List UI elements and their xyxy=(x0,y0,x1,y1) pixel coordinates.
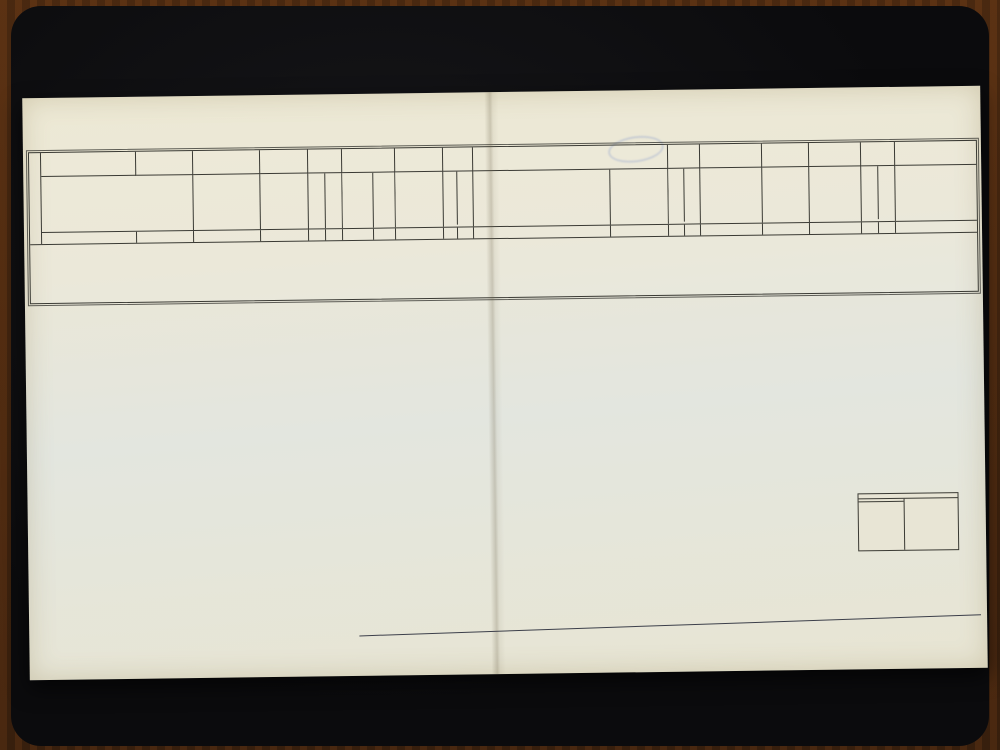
group-paternita xyxy=(193,150,261,242)
col-num-4 xyxy=(261,230,309,242)
col-num-19 xyxy=(862,222,879,233)
col-fabbricati xyxy=(684,168,700,221)
legal-footnote xyxy=(78,119,926,130)
col-title-possidente xyxy=(668,144,700,168)
group-dimora xyxy=(861,142,896,233)
col-anni-compiuti xyxy=(373,172,396,227)
col-num-9 xyxy=(396,228,444,240)
dove-estero-col xyxy=(905,498,959,550)
col-num-8 xyxy=(374,228,396,239)
col-num-3 xyxy=(194,230,261,242)
group-possidente xyxy=(668,144,701,235)
col-num-16 xyxy=(701,224,763,236)
col-num-20 xyxy=(879,222,896,233)
col-num-21 xyxy=(896,221,977,233)
group-stranieri xyxy=(762,143,810,235)
col-num-13 xyxy=(611,225,669,237)
anno-nascita-desc xyxy=(356,197,360,203)
condizione-13-desc xyxy=(637,193,641,200)
col-num-15 xyxy=(685,224,701,235)
relazione-desc xyxy=(260,174,265,229)
photo-background xyxy=(0,0,1000,750)
capo-famiglia-signature xyxy=(359,613,981,636)
col-title-infermita xyxy=(809,142,861,167)
group-eta xyxy=(342,148,396,240)
condizione-12-desc xyxy=(540,195,544,201)
col-num-17 xyxy=(763,223,810,235)
group-chi-non-esercita xyxy=(895,141,977,233)
col-num-18 xyxy=(810,222,862,234)
col-num-5 xyxy=(309,229,326,240)
dove-regno-sub xyxy=(859,502,905,551)
col-title-chi xyxy=(895,141,976,166)
col-occasionale xyxy=(878,166,895,219)
census-sheet xyxy=(22,86,988,680)
col-femmina xyxy=(325,173,343,228)
group-condizione xyxy=(473,145,669,239)
col-title-nome xyxy=(136,151,193,176)
col-condizione-13 xyxy=(610,169,669,225)
col-num-6 xyxy=(326,229,343,240)
col-title-stranieri xyxy=(762,143,809,168)
col-title-sesso xyxy=(308,149,342,173)
group-cognome-nome xyxy=(41,151,194,244)
col-num-11 xyxy=(458,227,474,238)
col-title-luogo xyxy=(700,144,762,169)
col-num-7 xyxy=(343,229,374,240)
col-title-eta xyxy=(342,148,395,173)
group-infermita xyxy=(809,142,862,234)
stranieri-desc xyxy=(762,168,767,223)
col-title-condizione xyxy=(473,145,668,172)
col-terreni xyxy=(668,169,684,222)
group-stato-civile xyxy=(395,148,444,240)
luogo-desc xyxy=(700,168,705,223)
col-title-dimora xyxy=(861,142,895,166)
group-istruzione xyxy=(443,147,474,238)
col-title-cognome xyxy=(41,152,136,177)
col-num-1 xyxy=(42,232,137,244)
col-num-2 xyxy=(137,231,194,243)
col-abituale xyxy=(861,166,878,219)
group-relazione xyxy=(260,150,309,242)
stato-civile-desc xyxy=(395,172,400,227)
col-title-stato-civile xyxy=(395,148,443,173)
cognome-desc xyxy=(41,177,46,232)
dove-regno-col xyxy=(859,499,906,551)
col-title-relazione xyxy=(260,150,308,175)
declaration-line xyxy=(354,620,981,630)
col-num-14 xyxy=(669,225,685,236)
table-header xyxy=(29,141,977,245)
col-sa-leggere xyxy=(443,172,457,225)
chi-desc xyxy=(895,166,900,221)
col-title-paternita xyxy=(193,150,260,175)
col-maschio xyxy=(308,173,326,228)
col-title-istruzione xyxy=(443,147,473,171)
group-luogo-nascita xyxy=(700,144,763,236)
dove-si-trova-box xyxy=(857,492,959,551)
col-anno-nascita xyxy=(342,173,374,228)
paternita-desc xyxy=(193,175,198,230)
census-table xyxy=(28,140,979,304)
col-sa-scrivere xyxy=(457,171,473,224)
group-sesso xyxy=(308,149,343,240)
infermita-desc xyxy=(809,167,814,222)
col-num-10 xyxy=(444,228,458,239)
